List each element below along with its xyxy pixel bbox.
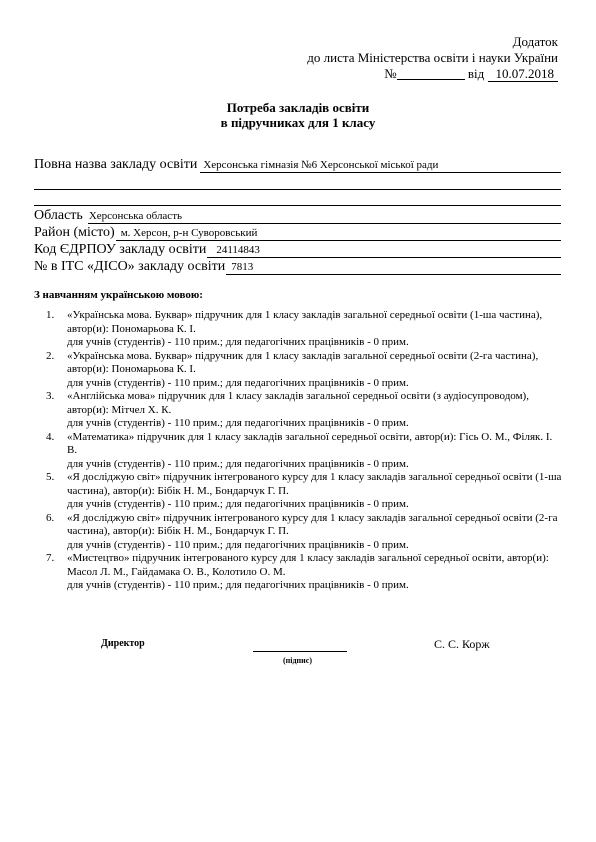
item-quantity: для учнів (студентів) - 110 прим.; для п… xyxy=(67,377,409,389)
item-text: «Англійська мова» підручник для 1 класу … xyxy=(67,390,564,431)
item-number: 5. xyxy=(34,471,67,512)
item-quantity: для учнів (студентів) - 110 прим.; для п… xyxy=(67,458,409,470)
region-field: ОбластьХерсонська область xyxy=(34,208,182,224)
list-item: 3.«Англійська мова» підручник для 1 клас… xyxy=(34,390,564,431)
signature-line xyxy=(253,651,347,652)
full-name-field: Повна назва закладу освітиХерсонська гім… xyxy=(34,157,438,173)
field-underline xyxy=(34,205,561,206)
item-quantity: для учнів (студентів) - 110 прим.; для п… xyxy=(67,579,409,591)
item-text: «Українська мова. Буквар» підручник для … xyxy=(67,350,564,391)
letter-number-date: № від 10.07.2018 xyxy=(384,66,558,82)
field-underline xyxy=(88,223,561,224)
item-text: «Математика» підручник для 1 класу закла… xyxy=(67,431,564,472)
item-quantity: для учнів (студентів) - 110 прим.; для п… xyxy=(67,417,409,429)
document-title: Потреба закладів освіти в підручниках дл… xyxy=(0,100,596,130)
edrpou-field: Код ЄДРПОУ закладу освіти24114843 xyxy=(34,242,260,258)
item-number: 6. xyxy=(34,512,67,553)
item-text: «Мистецтво» підручник інтегрованого курс… xyxy=(67,552,564,593)
list-item: 5.«Я досліджую світ» підручник інтегрова… xyxy=(34,471,564,512)
title-line-2: в підручниках для 1 класу xyxy=(0,115,596,130)
date-label: від xyxy=(468,66,484,81)
field-underline xyxy=(226,274,561,275)
date-value: 10.07.2018 xyxy=(488,66,559,82)
textbook-list: 1.«Українська мова. Буквар» підручник дл… xyxy=(34,309,564,593)
appendix-label: Додаток xyxy=(513,34,558,49)
list-item: 7.«Мистецтво» підручник інтегрованого ку… xyxy=(34,552,564,593)
item-number: 7. xyxy=(34,552,67,593)
region-value: Херсонська область xyxy=(83,210,182,222)
signer-name: С. С. Корж xyxy=(434,637,490,652)
item-number: 3. xyxy=(34,390,67,431)
edrpou-label: Код ЄДРПОУ закладу освіти xyxy=(34,242,206,257)
field-underline xyxy=(116,240,561,241)
signer-position: Директор xyxy=(101,638,145,649)
number-value xyxy=(397,67,465,80)
list-item: 6.«Я досліджую світ» підручник інтегрова… xyxy=(34,512,564,553)
edrpou-value: 24114843 xyxy=(206,244,260,256)
district-label: Район (місто) xyxy=(34,225,115,240)
full-name-value: Херсонська гімназія №6 Херсонської міськ… xyxy=(197,159,438,171)
title-line-1: Потреба закладів освіти xyxy=(0,100,596,115)
item-text: «Українська мова. Буквар» підручник для … xyxy=(67,309,564,350)
item-number: 4. xyxy=(34,431,67,472)
list-item: 4.«Математика» підручник для 1 класу зак… xyxy=(34,431,564,472)
item-number: 2. xyxy=(34,350,67,391)
item-quantity: для учнів (студентів) - 110 прим.; для п… xyxy=(67,539,409,551)
field-underline xyxy=(200,172,561,173)
list-item: 2.«Українська мова. Буквар» підручник дл… xyxy=(34,350,564,391)
item-number: 1. xyxy=(34,309,67,350)
itc-field: № в ІТС «ДІСО» закладу освіти7813 xyxy=(34,259,253,275)
field-underline xyxy=(207,257,561,258)
signature-caption: (підпис) xyxy=(283,656,312,665)
district-value: м. Херсон, р-н Суворовський xyxy=(115,227,258,239)
item-quantity: для учнів (студентів) - 110 прим.; для п… xyxy=(67,498,409,510)
letter-reference: до листа Міністерства освіти і науки Укр… xyxy=(307,50,558,65)
field-underline xyxy=(34,189,561,190)
district-field: Район (місто)м. Херсон, р-н Суворовський xyxy=(34,225,257,241)
region-label: Область xyxy=(34,208,83,223)
number-label: № xyxy=(384,66,396,81)
itc-value: 7813 xyxy=(225,261,253,273)
full-name-label: Повна назва закладу освіти xyxy=(34,157,197,172)
item-quantity: для учнів (студентів) - 110 прим.; для п… xyxy=(67,336,409,348)
list-item: 1.«Українська мова. Буквар» підручник дл… xyxy=(34,309,564,350)
section-title: З навчанням українською мовою: xyxy=(34,289,203,301)
item-text: «Я досліджую світ» підручник інтегровано… xyxy=(67,512,564,553)
itc-label: № в ІТС «ДІСО» закладу освіти xyxy=(34,259,225,274)
item-text: «Я досліджую світ» підручник інтегровано… xyxy=(67,471,564,512)
